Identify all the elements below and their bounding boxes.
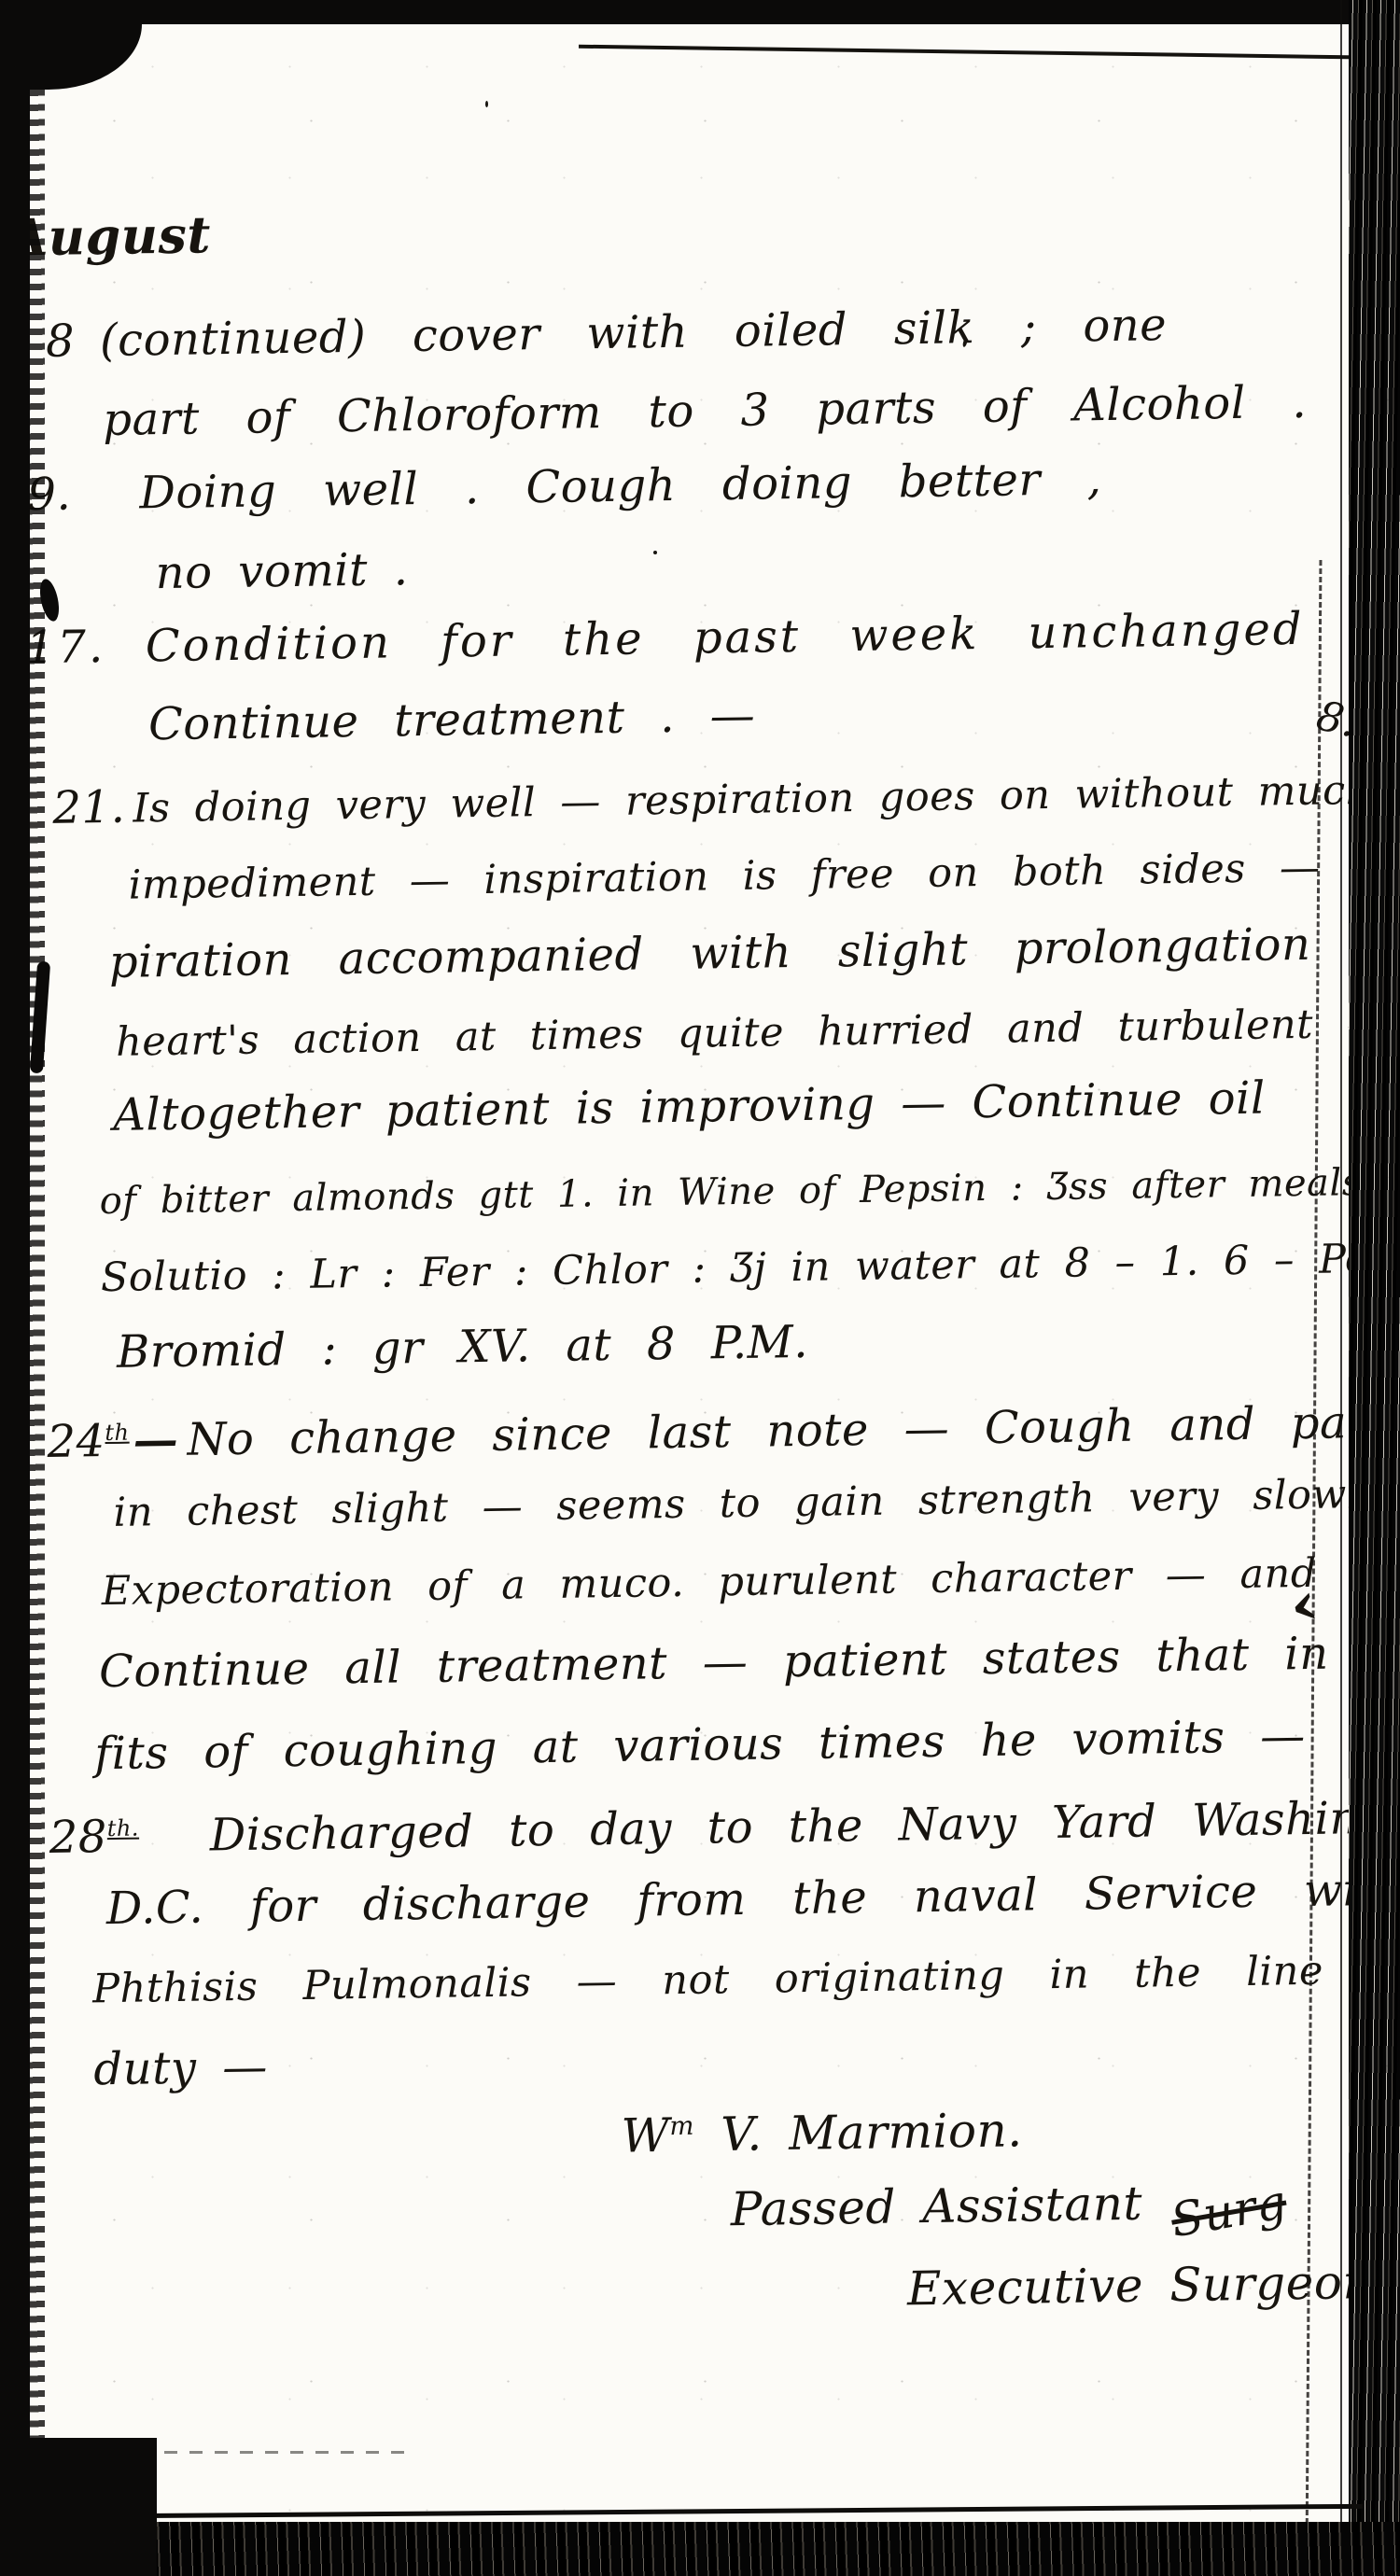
manuscript-line: 9.Doing well . Cough doing better , [27, 445, 1102, 528]
scan-corner-bottom-left [0, 2438, 157, 2576]
manuscript-line: 21.Is doing very well — respiration goes… [52, 755, 1373, 844]
entry-text: (continued) cover with oiled silk ; one [100, 299, 1168, 367]
scan-border-left-texture [30, 0, 45, 2576]
entry-day-label: 21. [52, 774, 133, 842]
manuscript-line: Continue all treatment — patient states … [99, 1620, 1329, 1706]
entry-text: Condition for the past week unchanged [145, 603, 1305, 672]
manuscript-line: of bitter almonds gtt 1. in Wine of Peps… [99, 1148, 1398, 1235]
manuscript-line: 17.Condition for the past week unchanged [25, 595, 1305, 681]
entry-text: No change since last note — Cough and pa… [187, 1396, 1392, 1466]
entry-day-label: 28th. [49, 1793, 210, 1871]
manuscript-line: Continue treatment . — [148, 682, 756, 759]
scan-border-top [0, 0, 1400, 24]
manuscript-line: D.C. for discharge from the naval Servic… [105, 1855, 1400, 1942]
manuscript-line: Phthisis Pulmonalis — not originating in… [92, 1936, 1400, 2023]
entry-text: Is doing very well — respiration goes on… [133, 767, 1372, 833]
manuscript-line: part of Chloroform to 3 parts of Alcohol… [103, 369, 1308, 454]
manuscript-line: 24th—No change since last note — Cough a… [47, 1380, 1392, 1476]
manuscript-line: piration accompanied with slight prolong… [108, 909, 1400, 996]
manuscript: August 8(continued) cover with oiled sil… [0, 0, 1400, 2576]
manuscript-line: duty — [93, 2034, 268, 2104]
ink-speck [653, 551, 657, 554]
struck-word: Surg [1166, 2168, 1292, 2254]
entry-text: Discharged to day to the Navy Yard Washi… [209, 1791, 1400, 1862]
scan-border-bottom [0, 2522, 1400, 2576]
ink-speck [485, 101, 488, 107]
manuscript-line: Solutio : Lr : Fer : Chlor : Ʒj in water… [100, 1224, 1400, 1311]
signature-name: Wm V. Marmion. [621, 2088, 1023, 2170]
page-crease-line [1340, 0, 1342, 2576]
entry-text: Doing well . Cough doing better , [139, 453, 1102, 519]
signature-rank: Passed Assistant Surg [730, 2167, 1285, 2243]
manuscript-line: 8(continued) cover with oiled silk ; one [45, 291, 1167, 375]
manuscript-line: in chest slight — seems to gain strength… [113, 1460, 1400, 1547]
manuscript-line: Bromid : gr XV. at 8 P.M. [117, 1309, 809, 1386]
entry-day-label: 8 [45, 307, 100, 375]
manuscript-line: impediment — inspiration is free on both… [128, 833, 1400, 919]
manuscript-line: Expectoration of a muco. purulent charac… [101, 1536, 1400, 1625]
scan-border-left [0, 0, 30, 2576]
manuscript-line: heart's action at times quite hurried an… [116, 990, 1389, 1076]
signature-title: Executive Surgeon. [906, 2248, 1388, 2323]
manuscript-line: Altogether patient is improving — Contin… [113, 1065, 1267, 1149]
manuscript-line: no vomit . [155, 536, 409, 607]
manuscript-line: 28th.Discharged to day to the Navy Yard … [49, 1775, 1400, 1871]
scanned-hospital-ticket-page: August 8(continued) cover with oiled sil… [0, 0, 1400, 2576]
entry-day-label: 24th— [47, 1398, 188, 1476]
book-page-edges-right [1349, 0, 1400, 2576]
manuscript-line: fits of coughing at various times he vom… [94, 1702, 1306, 1787]
